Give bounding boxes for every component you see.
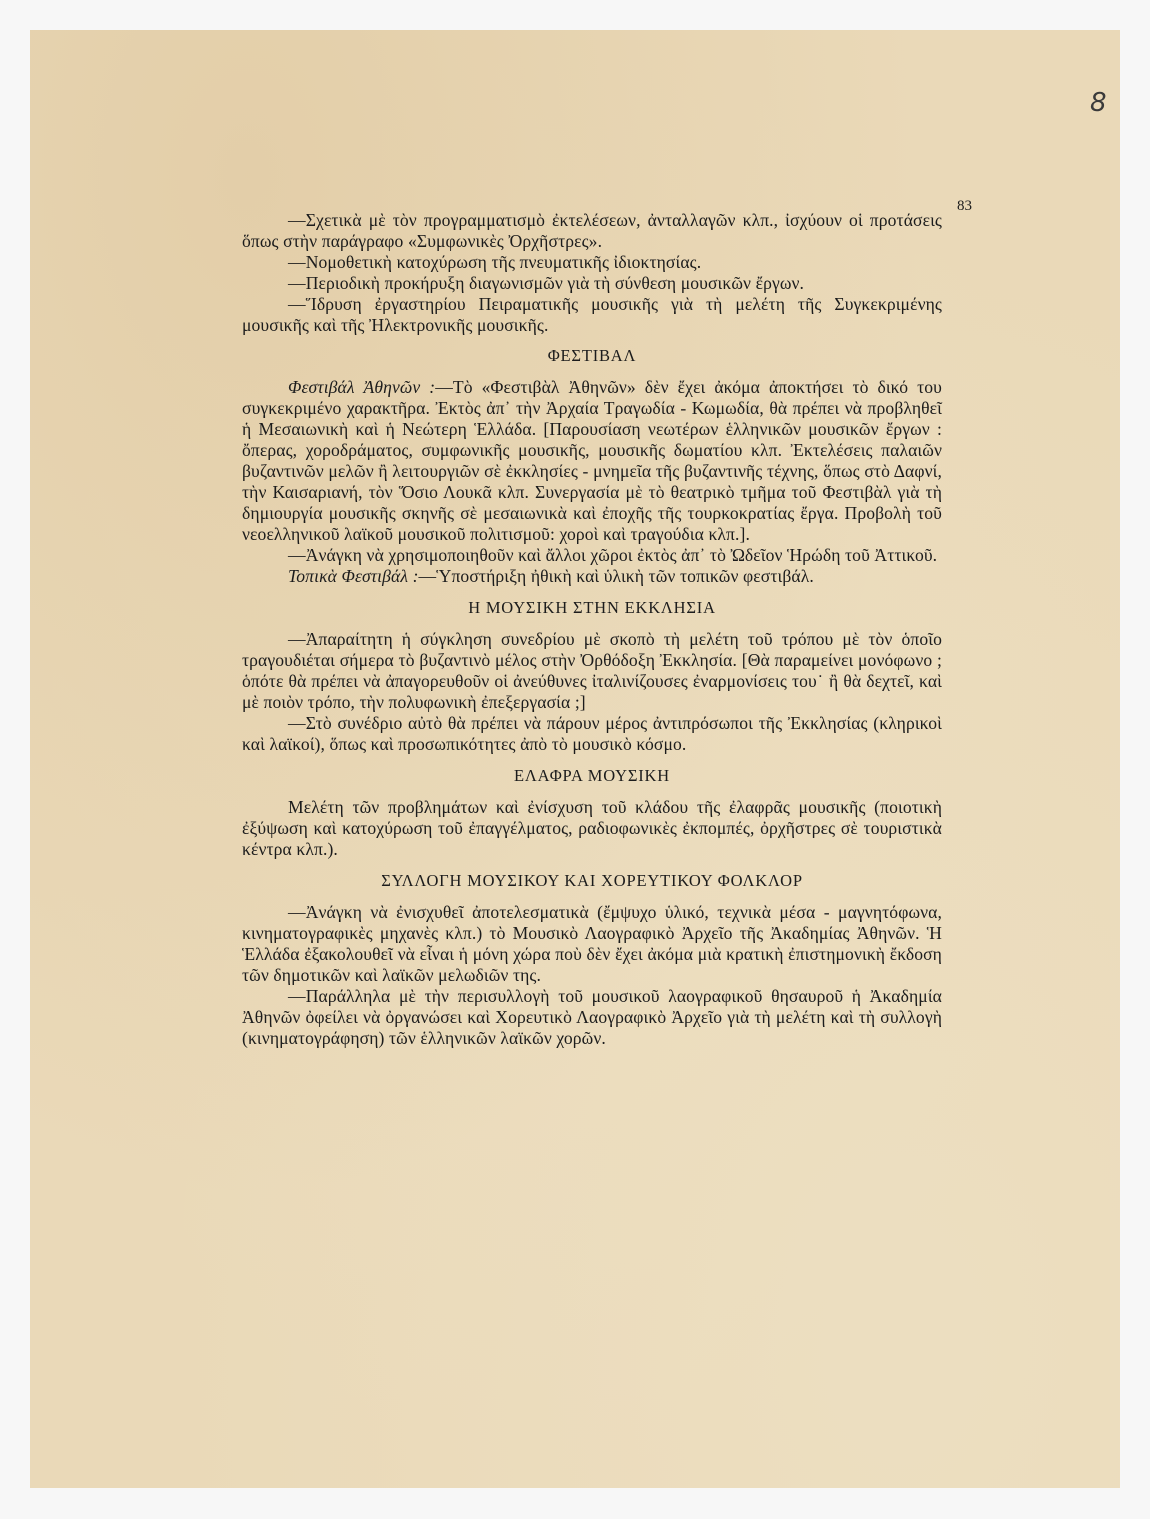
paragraph: Φεστιβάλ Ἀθηνῶν :—Τὸ «Φεστιβὰλ Ἀθηνῶν» δ…	[242, 377, 942, 545]
paragraph: —Νομοθετικὴ κατοχύρωση τῆς πνευματικῆς ἰ…	[242, 252, 942, 273]
paragraph: —Παράλληλα μὲ τὴν περισυλλογὴ τοῦ μουσικ…	[242, 986, 942, 1049]
paragraph: —Ἀπαραίτητη ἡ σύγκληση συνεδρίου μὲ σκοπ…	[242, 629, 942, 713]
paragraph: Μελέτη τῶν προβλημάτων καὶ ἐνίσχυση τοῦ …	[242, 797, 942, 860]
section-heading-folklore: ΣΥΛΛΟΓΗ ΜΟΥΣΙΚΟΥ ΚΑΙ ΧΟΡΕΥΤΙΚΟΥ ΦΟΛΚΛΟΡ	[242, 870, 942, 891]
paragraph-lead: Τοπικὰ Φεστιβάλ :	[288, 566, 419, 586]
paragraph: —Περιοδικὴ προκήρυξη διαγωνισμῶν γιὰ τὴ …	[242, 273, 942, 294]
section-heading-festival: ΦΕΣΤΙΒΑΛ	[242, 345, 942, 366]
paragraph-text: —Τὸ «Φεστιβὰλ Ἀθηνῶν» δὲν ἔχει ἀκόμα ἀπο…	[242, 377, 942, 544]
section-heading-light-music: ΕΛΑΦΡΑ ΜΟΥΣΙΚΗ	[242, 765, 942, 786]
paragraph-text: —Ἀνάγκη νὰ ἐνισχυθεῖ ἀποτελεσματικὰ (ἔμψ…	[242, 902, 942, 985]
paragraph-text: —Ἀπαραίτητη ἡ σύγκληση συνεδρίου μὲ σκοπ…	[242, 629, 942, 712]
paragraph: —Στὸ συνέδριο αὐτὸ θὰ πρέπει νὰ πάρουν μ…	[242, 713, 942, 755]
handwritten-page-annotation: 8	[1090, 88, 1107, 118]
paragraph: Τοπικὰ Φεστιβάλ :—Ὑποστήριξη ἠθικὴ καὶ ὑ…	[242, 566, 942, 587]
paragraph: —Ἀνάγκη νὰ χρησιμοποιηθοῦν καὶ ἄλλοι χῶρ…	[242, 545, 942, 566]
paragraph-text: —Παράλληλα μὲ τὴν περισυλλογὴ τοῦ μουσικ…	[242, 986, 942, 1048]
paragraph-text: —Στὸ συνέδριο αὐτὸ θὰ πρέπει νὰ πάρουν μ…	[242, 713, 942, 754]
paragraph-text: —Ὑποστήριξη ἠθικὴ καὶ ὑλικὴ τῶν τοπικῶν …	[419, 566, 814, 586]
paragraph: —Ἀνάγκη νὰ ἐνισχυθεῖ ἀποτελεσματικὰ (ἔμψ…	[242, 902, 942, 986]
body-text: —Σχετικὰ μὲ τὸν προγραμματισμὸ ἐκτελέσεω…	[242, 210, 942, 1049]
section-heading-church-music: Η ΜΟΥΣΙΚΗ ΣΤΗΝ ΕΚΚΛΗΣΙΑ	[242, 597, 942, 618]
paragraph-text: Μελέτη τῶν προβλημάτων καὶ ἐνίσχυση τοῦ …	[242, 797, 942, 859]
paragraph-lead: Φεστιβάλ Ἀθηνῶν :	[288, 377, 435, 397]
paragraph: —Ἵδρυση ἐργαστηρίου Πειραματικῆς μουσικῆ…	[242, 294, 942, 336]
paragraph: —Σχετικὰ μὲ τὸν προγραμματισμὸ ἐκτελέσεω…	[242, 210, 942, 252]
paragraph-text: —Ἀνάγκη νὰ χρησιμοποιηθοῦν καὶ ἄλλοι χῶρ…	[288, 545, 937, 565]
